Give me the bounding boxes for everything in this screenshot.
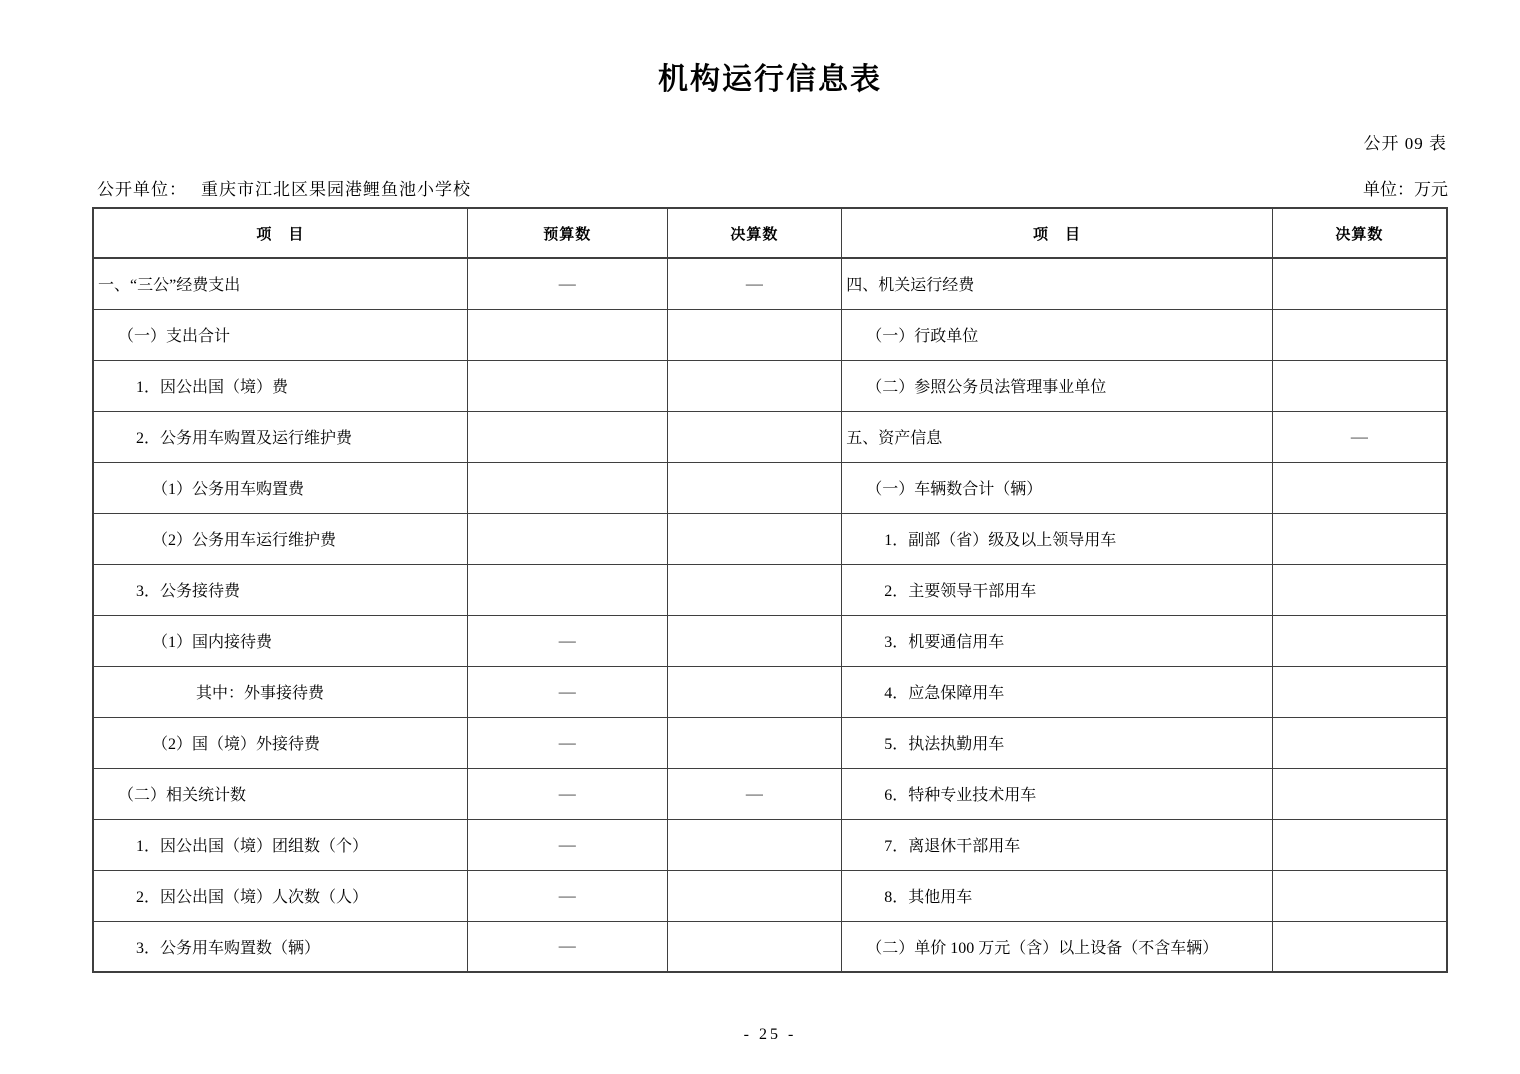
final-value-left [667,462,842,513]
budget-value: — [467,768,667,819]
publishing-unit-label: 公开单位： [97,180,187,199]
budget-value [467,309,667,360]
meta-row: 公开单位：重庆市江北区果园港鲤鱼池小学校 单位：万元 [92,175,1448,200]
final-value-right [1272,309,1447,360]
item-label-left: 1．因公出国（境）费 [93,360,467,411]
item-label-left: 3．公务接待费 [93,564,467,615]
table-header-row: 项 目 预算数 决算数 项 目 决算数 [93,208,1447,258]
item-label-right: 五、资产信息 [842,411,1273,462]
final-value-right [1272,258,1447,309]
final-value-left [667,309,842,360]
item-label-right: （二）参照公务员法管理事业单位 [842,360,1273,411]
budget-value: — [467,921,667,972]
final-value-right [1272,717,1447,768]
item-label-left: 2．公务用车购置及运行维护费 [93,411,467,462]
budget-value [467,360,667,411]
item-label-left: （一）支出合计 [93,309,467,360]
table-row: 3．公务用车购置数（辆）—（二）单价 100 万元（含）以上设备（不含车辆） [93,921,1447,972]
budget-value [467,564,667,615]
table-row: （1）国内接待费—3．机要通信用车 [93,615,1447,666]
item-label-right: （一）行政单位 [842,309,1273,360]
budget-value: — [467,870,667,921]
budget-value: — [467,615,667,666]
final-value-left [667,411,842,462]
item-label-right: （二）单价 100 万元（含）以上设备（不含车辆） [842,921,1273,972]
item-label-left: （二）相关统计数 [93,768,467,819]
final-value-left [667,513,842,564]
table-row: 其中：外事接待费—4．应急保障用车 [93,666,1447,717]
final-value-right [1272,513,1447,564]
final-value-right [1272,921,1447,972]
budget-value [467,513,667,564]
document-page: 机构运行信息表 公开 09 表 公开单位：重庆市江北区果园港鲤鱼池小学校 单位：… [0,0,1520,1074]
final-value-right [1272,768,1447,819]
final-value-left [667,615,842,666]
item-label-left: 3．公务用车购置数（辆） [93,921,467,972]
publishing-unit: 公开单位：重庆市江北区果园港鲤鱼池小学校 [92,175,471,200]
item-label-right: 1．副部（省）级及以上领导用车 [842,513,1273,564]
table-body: 一、“三公”经费支出——四、机关运行经费（一）支出合计（一）行政单位1．因公出国… [93,258,1447,972]
institution-operation-table: 项 目 预算数 决算数 项 目 决算数 一、“三公”经费支出——四、机关运行经费… [92,207,1448,973]
final-value-left [667,360,842,411]
budget-value: — [467,258,667,309]
item-label-left: 2．因公出国（境）人次数（人） [93,870,467,921]
item-label-left: （1）国内接待费 [93,615,467,666]
table-row: 2．公务用车购置及运行维护费五、资产信息— [93,411,1447,462]
final-value-left [667,870,842,921]
final-value-right [1272,462,1447,513]
final-value-left [667,921,842,972]
final-value-left: — [667,768,842,819]
item-label-right: 3．机要通信用车 [842,615,1273,666]
table-row: 2．因公出国（境）人次数（人）—8．其他用车 [93,870,1447,921]
final-value-left [667,564,842,615]
table-row: 3．公务接待费2．主要领导干部用车 [93,564,1447,615]
col-header-final-left: 决算数 [667,208,842,258]
table-row: （1）公务用车购置费（一）车辆数合计（辆） [93,462,1447,513]
final-value-right [1272,564,1447,615]
final-value-right [1272,615,1447,666]
table-row: （二）相关统计数——6．特种专业技术用车 [93,768,1447,819]
col-header-final-right: 决算数 [1272,208,1447,258]
budget-value: — [467,819,667,870]
item-label-right: 2．主要领导干部用车 [842,564,1273,615]
budget-value: — [467,666,667,717]
col-header-item-left: 项 目 [93,208,467,258]
final-value-right: — [1272,411,1447,462]
final-value-left [667,717,842,768]
item-label-left: 一、“三公”经费支出 [93,258,467,309]
budget-value [467,462,667,513]
item-label-left: 其中：外事接待费 [93,666,467,717]
item-label-right: 5．执法执勤用车 [842,717,1273,768]
table-row: （2）国（境）外接待费—5．执法执勤用车 [93,717,1447,768]
table-row: 1．因公出国（境）团组数（个）—7．离退休干部用车 [93,819,1447,870]
final-value-right [1272,360,1447,411]
item-label-right: 8．其他用车 [842,870,1273,921]
final-value-right [1272,870,1447,921]
final-value-left [667,666,842,717]
item-label-left: （2）公务用车运行维护费 [93,513,467,564]
publishing-unit-name: 重庆市江北区果园港鲤鱼池小学校 [201,180,471,199]
amount-unit-label: 单位：万元 [1363,175,1448,200]
final-value-right [1272,819,1447,870]
final-value-right [1272,666,1447,717]
item-label-right: 4．应急保障用车 [842,666,1273,717]
budget-value [467,411,667,462]
col-header-budget: 预算数 [467,208,667,258]
table-row: 1．因公出国（境）费（二）参照公务员法管理事业单位 [93,360,1447,411]
form-code-label: 公开 09 表 [1364,129,1448,154]
item-label-left: （2）国（境）外接待费 [93,717,467,768]
item-label-left: （1）公务用车购置费 [93,462,467,513]
final-value-left [667,819,842,870]
table-row: （2）公务用车运行维护费1．副部（省）级及以上领导用车 [93,513,1447,564]
table-row: 一、“三公”经费支出——四、机关运行经费 [93,258,1447,309]
item-label-right: 四、机关运行经费 [842,258,1273,309]
item-label-right: （一）车辆数合计（辆） [842,462,1273,513]
table-row: （一）支出合计（一）行政单位 [93,309,1447,360]
item-label-right: 6．特种专业技术用车 [842,768,1273,819]
col-header-item-right: 项 目 [842,208,1273,258]
page-number: - 25 - [92,1026,1448,1044]
page-title: 机构运行信息表 [92,54,1448,98]
item-label-right: 7．离退休干部用车 [842,819,1273,870]
budget-value: — [467,717,667,768]
item-label-left: 1．因公出国（境）团组数（个） [93,819,467,870]
final-value-left: — [667,258,842,309]
